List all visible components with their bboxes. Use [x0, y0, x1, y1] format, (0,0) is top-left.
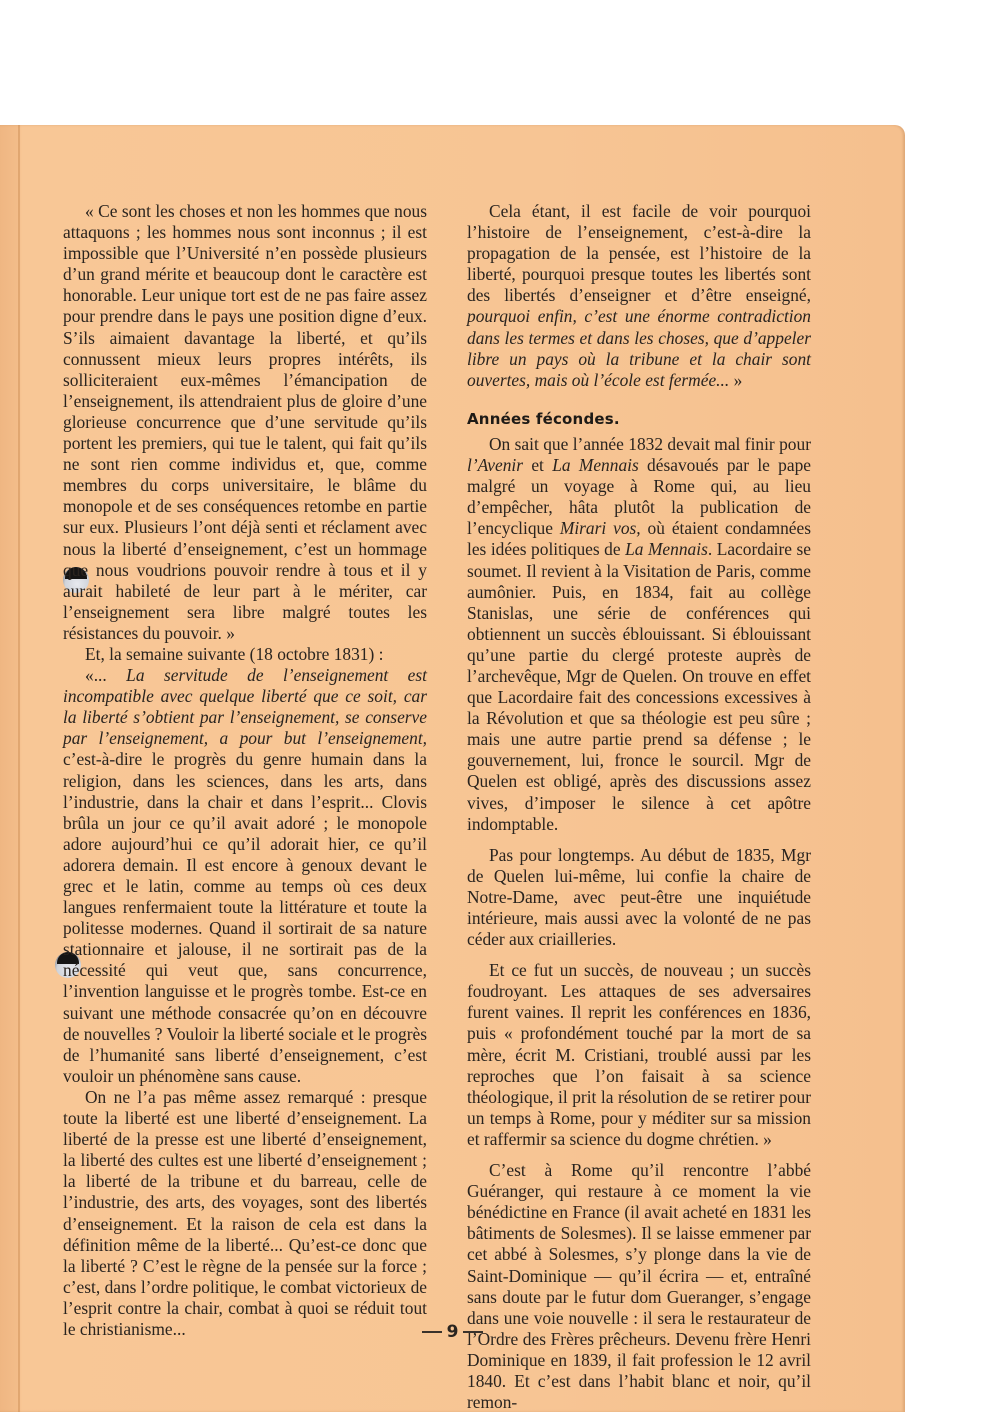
dash-decoration	[463, 1331, 483, 1333]
left-column: « Ce sont les choses et non les hommes q…	[63, 201, 427, 1340]
right-column: Cela étant, il est facile de voir pourqu…	[467, 201, 811, 1412]
paragraph: On ne l’a pas même assez remarqué : pres…	[63, 1087, 427, 1340]
paragraph: On sait que l’année 1832 devait mal fini…	[467, 434, 811, 835]
dash-decoration	[422, 1331, 442, 1333]
paragraph: Et, la semaine suivante (18 octobre 1831…	[63, 644, 427, 665]
paragraph: Pas pour longtemps. Au début de 1835, Mg…	[467, 845, 811, 950]
paragraph: «... La servitude de l’enseignement est …	[63, 665, 427, 1087]
paragraph: Cela étant, il est facile de voir pourqu…	[467, 201, 811, 391]
page-number-value: 9	[447, 1322, 459, 1342]
paragraph: C’est à Rome qu’il rencontre l’abbé Guér…	[467, 1160, 811, 1412]
page-number: 9	[0, 1322, 905, 1342]
paragraph: Et ce fut un succès, de nouveau ; un suc…	[467, 960, 811, 1150]
section-heading: Années fécondes.	[467, 409, 811, 430]
paragraph: « Ce sont les choses et non les hommes q…	[63, 201, 427, 644]
page-fold-line	[18, 125, 20, 1412]
document-page: « Ce sont les choses et non les hommes q…	[0, 125, 905, 1412]
